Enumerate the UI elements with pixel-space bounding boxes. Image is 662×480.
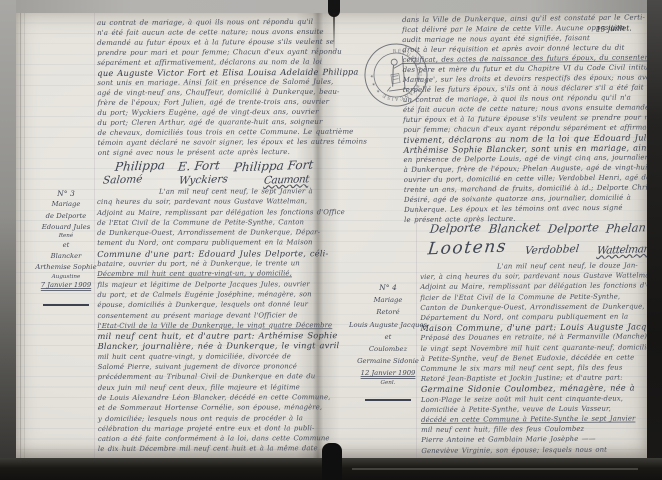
- margin-annotation-line: de Delporte: [30, 211, 102, 222]
- margin-annotation-line: Arthemise Sophie: [30, 262, 102, 273]
- scan-artifact-line: [352, 468, 638, 470]
- republique-francaise-seal-stamp-icon: RÉPUBLIQUE FRANÇAISE ✶ ✶ ✶: [358, 37, 435, 114]
- page-stack-edge: [20, 13, 21, 458]
- left-page-signatures-row1: PhilippaE. FortPhilippa Fort: [115, 159, 313, 173]
- margin-annotation-line: 7 Janvier 1909: [30, 280, 102, 291]
- left-page-continuation-text: au contrat de mariage, à quoi ils nous o…: [97, 17, 324, 158]
- right-page-margin-annotation: N° 4 MariageRetoréLouis Auguste Jacquese…: [344, 282, 432, 401]
- signature: Delporte: [547, 220, 600, 236]
- signature: Caumont: [263, 173, 309, 187]
- marginal-correction-note: 15 juillet.: [596, 23, 632, 33]
- handwritten-line: Geneviève Virginie, son épouse; lesquels…: [421, 444, 649, 456]
- right-page-continuation-text: dans la Ville de Dunkerque, ainsi qu'il …: [402, 12, 650, 225]
- signature: Blancket: [488, 220, 541, 236]
- handwritten-line: cinq heures du soir, pardevant nous Gust…: [97, 196, 326, 207]
- margin-annotation-lines: Mariagede DelporteEdouard JulesRenéetBla…: [30, 199, 102, 291]
- signature: Philippa: [114, 158, 166, 174]
- left-page-act-text: L'an mil neuf cent neuf, le sept Janvier…: [97, 186, 327, 455]
- handwritten-line: deux juin mil neuf cent deux, fille maje…: [98, 382, 327, 393]
- signature: Phelan: [605, 220, 647, 235]
- margin-annotation-line: et: [344, 331, 432, 343]
- handwritten-line: épouse, domiciliés à Dunkerque, lesquels…: [97, 299, 326, 310]
- scanned-register-spread: au contrat de mariage, à quoi ils nous o…: [0, 0, 662, 480]
- signature: Wyckiers: [178, 173, 228, 187]
- left-page-margin-annotation: N° 3 Mariagede DelporteEdouard JulesRené…: [30, 188, 102, 306]
- margin-annotation-line: Mariage: [344, 294, 432, 306]
- right-page-signatures-row2: LootensVerdobbelWattelman: [428, 238, 650, 258]
- margin-annotation-line: 12 Janvier 1909: [344, 367, 432, 379]
- handwritten-line: Loon-Plage le seize août mil huit cent c…: [421, 393, 649, 405]
- handwritten-line: fils majeur et légitime de Delporte Jacq…: [97, 279, 326, 290]
- handwritten-line: consentement au présent mariage devant l…: [97, 310, 326, 321]
- right-page-act-text: L'an mil neuf cent neuf, le douze Jan-vi…: [420, 260, 649, 455]
- signature: Wattelman: [597, 243, 651, 257]
- margin-annotation-divider: [365, 399, 411, 401]
- binding-seam: [333, 13, 335, 53]
- handwritten-line: ont signé avec nous le présent acte aprè…: [98, 147, 324, 158]
- margin-annotation-line: Genl.: [344, 380, 432, 387]
- right-page-signatures-row1: DelporteBlancketDelportePhelan: [430, 221, 646, 235]
- margin-annotation-line: Edouard Jules: [30, 222, 102, 233]
- scanner-background-left: [0, 0, 16, 480]
- margin-annotation-line: Coulombez: [344, 343, 432, 355]
- margin-annotation-divider: [43, 304, 89, 306]
- signature: Philippa Fort: [233, 158, 314, 175]
- signature: Verdobbel: [524, 243, 579, 257]
- margin-annotation-lines: MariageRetoréLouis Auguste JacquesetCoul…: [344, 294, 432, 386]
- scanner-background-right: [647, 0, 662, 480]
- handwritten-line: tement du Nord, ont comparu publiquement…: [97, 238, 326, 249]
- left-page-signatures-row2: SaloméWyckiersCaumont: [103, 174, 309, 186]
- signature: Salomé: [102, 173, 143, 186]
- binding-notch-bottom: [322, 443, 342, 480]
- signature: Delporte: [429, 220, 482, 236]
- handwritten-line: précédemment au Tribunal Civil de Dunker…: [98, 372, 327, 383]
- signature: Lootens: [427, 237, 508, 260]
- signature: E. Fort: [178, 158, 222, 173]
- handwritten-line: Blancker, journalière, née à Dunkerque, …: [98, 341, 327, 352]
- margin-annotation-line: Mariage: [30, 199, 102, 210]
- margin-annotation-line: Blancker: [30, 251, 102, 262]
- page-stack-edge: [24, 13, 25, 458]
- handwritten-line: Adjoint au Maire, remplissant par déléga…: [97, 207, 326, 218]
- handwritten-line: le dix huit Décembre mil neuf cent huit …: [98, 444, 327, 455]
- margin-annotation-line: Louis Auguste Jacques: [344, 319, 432, 331]
- margin-annotation-line: et: [30, 240, 102, 251]
- act-number: N° 3: [30, 188, 102, 199]
- handwritten-line: y domiciliée; lesquels nous ont requis d…: [98, 413, 327, 424]
- handwritten-line: bataire, ouvrier du port, né à Dunkerque…: [97, 258, 326, 269]
- act-number: N° 4: [344, 282, 432, 294]
- margin-annotation-line: Germaine Sidonie: [344, 355, 432, 367]
- handwritten-line: et de Sommeraut Hortense Cornélie, son é…: [98, 402, 327, 413]
- margin-annotation-line: Retoré: [344, 306, 432, 318]
